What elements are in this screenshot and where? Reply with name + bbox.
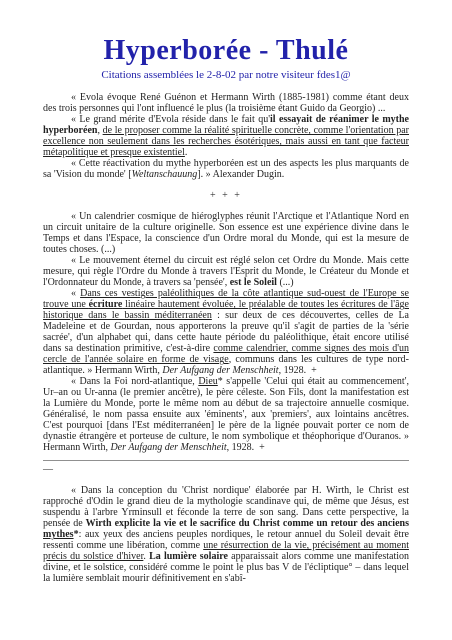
text-run: « Evola évoque René Guénon et Hermann Wi… [43,92,409,114]
plus-separator: + + + [43,190,409,201]
footnote-dash: — [43,464,409,475]
text-run: , 1928. + [279,365,317,376]
text-run: Der Aufgang der Menschheit [162,365,278,376]
text-run: « Dans la Foi nord-atlantique, [71,376,198,387]
text-run: , 1928. + [227,442,265,453]
text-run: « Le grand mérite d'Evola réside dans le… [71,114,270,125]
text-run: mythes [43,529,74,540]
page-subtitle: Citations assemblées le 2-8-02 par notre… [43,69,409,81]
text-run: ]. » Alexander Dugin. [197,169,284,180]
text-run: . [185,147,188,158]
text-run: (...) [277,277,294,288]
text-run: La lumière solaire [149,551,228,562]
footnote-rule [43,460,409,461]
text-run: est le Soleil [230,277,277,288]
text-run: « Le mouvement éternel du circuit est ré… [43,255,409,288]
text-run: écriture [89,299,123,310]
paragraph: « Evola évoque René Guénon et Hermann Wi… [43,92,409,114]
paragraph: « Cette réactivation du mythe hyperborée… [43,158,409,180]
page-title: Hyperborée - Thulé [43,36,409,65]
paragraph: « Dans la conception du 'Christ nordique… [43,485,409,584]
paragraph: « Dans la Foi nord-atlantique, Dieu* s'a… [43,376,409,453]
paragraph: « Le mouvement éternel du circuit est ré… [43,255,409,288]
text-run: Wirth explicite la vie et le sacrifice d… [86,518,409,529]
text-run: Dieu [198,376,217,387]
document-page: Hyperborée - Thulé Citations assemblées … [0,0,452,640]
text-run: Der Aufgang der Menschheit [110,442,226,453]
paragraph: « Dans ces vestiges paléolithiques de la… [43,288,409,376]
paragraph: « Un calendrier cosmique de hiéroglyphes… [43,211,409,255]
paragraph: « Le grand mérite d'Evola réside dans le… [43,114,409,158]
text-run: « Un calendrier cosmique de hiéroglyphes… [43,211,409,255]
document-body: « Evola évoque René Guénon et Hermann Wi… [43,92,409,584]
text-run: « [71,288,80,299]
text-run: Weltanschauung [132,169,198,180]
